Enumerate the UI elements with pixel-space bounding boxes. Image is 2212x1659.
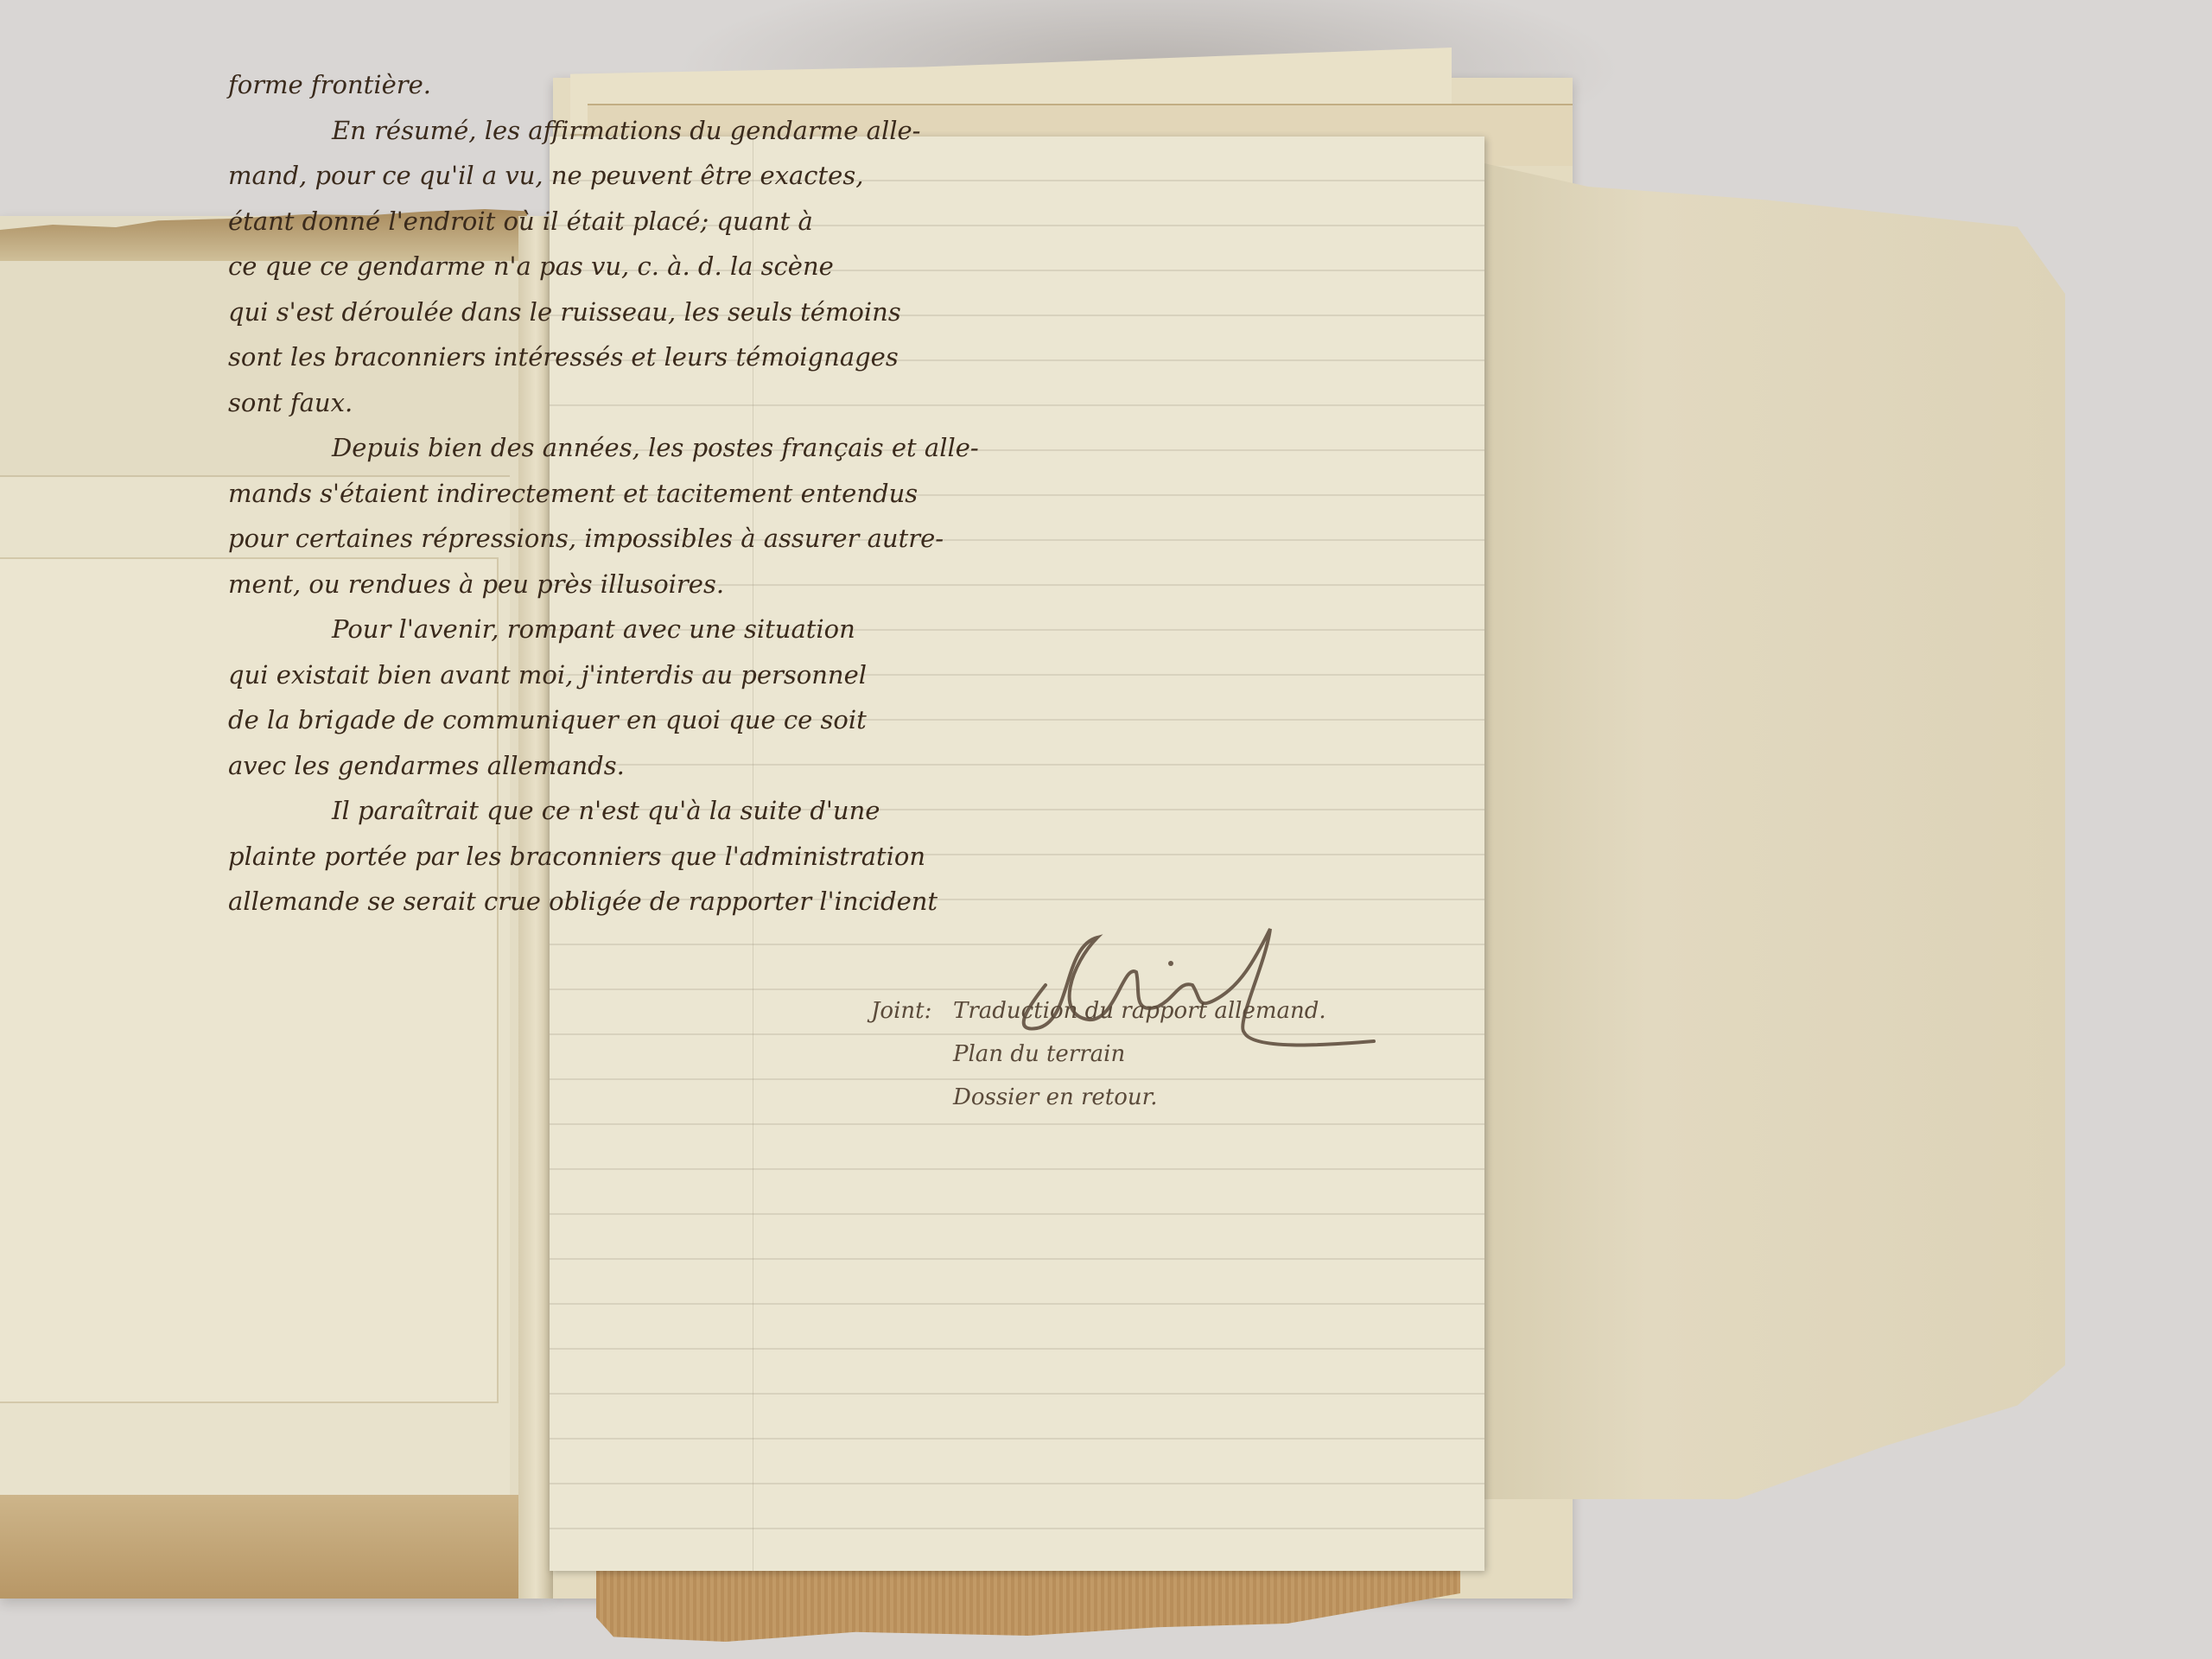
folder-flap (1469, 160, 2065, 1499)
letter-line: sont faux. (228, 380, 911, 426)
letter-line: Pour l'avenir, rompant avec une situatio… (228, 607, 911, 652)
letter-line: qui existait bien avant moi, j'interdis … (228, 652, 911, 698)
letter-body: forme frontière. En résumé, les affirmat… (228, 62, 911, 925)
letter-line: Depuis bien des années, les postes franç… (228, 425, 911, 471)
letter-line: allemande se serait crue obligée de rapp… (228, 879, 911, 925)
enclosures-label: Joint: (871, 989, 931, 1033)
letter-line: mands s'étaient indirectement et tacitem… (228, 471, 911, 517)
letter-line: mand, pour ce qu'il a vu, ne peuvent êtr… (228, 153, 911, 199)
letter-line: forme frontière. (228, 62, 911, 108)
letter-line: sont les braconniers intéressés et leurs… (228, 334, 911, 380)
enclosure-item: Plan du terrain (953, 1033, 1326, 1076)
enclosure-item: Dossier en retour. (953, 1076, 1326, 1119)
letter-line: de la brigade de communiquer en quoi que… (228, 697, 911, 743)
letter-line: avec les gendarmes allemands. (228, 743, 911, 789)
letter-line: En résumé, les affirmations du gendarme … (228, 108, 911, 154)
enclosure-item: Traduction du rapport allemand. (953, 989, 1326, 1033)
letter-line: pour certaines répressions, impossibles … (228, 516, 911, 562)
letter-line: plainte portée par les braconniers que l… (228, 834, 911, 880)
left-cardboard-bottom (0, 1495, 518, 1599)
letter-line: qui s'est déroulée dans le ruisseau, les… (228, 289, 911, 335)
letter-line: ce que ce gendarme n'a pas vu, c. à. d. … (228, 244, 911, 289)
letter-line: étant donné l'endroit où il était placé;… (228, 199, 911, 245)
letter-line: ment, ou rendues à peu près illusoires. (228, 562, 911, 607)
letter-line: Il paraîtrait que ce n'est qu'à la suite… (228, 788, 911, 834)
